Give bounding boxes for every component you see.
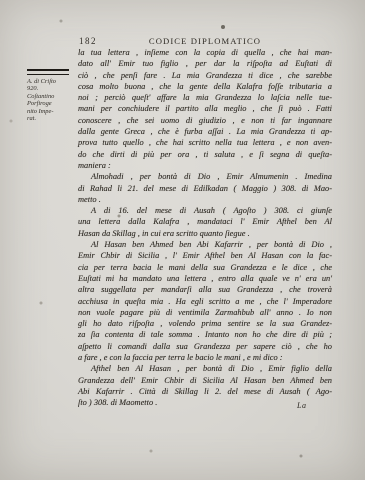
text-line: altra suggellata per mandarſi alla sua G… bbox=[78, 284, 332, 295]
text-line: Emir Chbir di Sicilia , l' Emir Afthel b… bbox=[78, 250, 332, 261]
text-line: di Rahad li 21. del mese di Edilkadan ( … bbox=[78, 183, 332, 194]
margin-note-line: A. di Criſto bbox=[27, 78, 79, 85]
text-line: cosa molto buona , che la gente della Ka… bbox=[78, 81, 332, 92]
text-line: za ſia contenta di tale somma . Intanto … bbox=[78, 329, 332, 340]
text-line: aſpetto li comandi dalla sua Grandezza p… bbox=[78, 341, 332, 352]
text-line: la tua lettera , inſieme con la copia di… bbox=[78, 47, 332, 58]
text-line: maniera : bbox=[78, 160, 332, 171]
margin-note-line: rat. bbox=[27, 115, 79, 122]
margin-note-line: Coſtantino bbox=[27, 93, 79, 100]
margin-rule-divider bbox=[27, 69, 69, 75]
margin-note-line: nito Impe- bbox=[27, 108, 79, 115]
catchword: La bbox=[297, 401, 306, 410]
text-line: Afthel ben Al Hasan , per bontà di Dio ,… bbox=[78, 363, 332, 374]
text-line: prova tutto quello , che hai scritto nel… bbox=[78, 137, 332, 148]
text-line: Hasan da Skillag , in cui era scritto qu… bbox=[78, 228, 332, 239]
text-line: una lettera dalla Kalafra , mandataci l'… bbox=[78, 216, 332, 227]
text-line: non vuole pagare più di ventimila Zarmah… bbox=[78, 307, 332, 318]
text-line: do che dirti di più per ora , ti saluta … bbox=[78, 149, 332, 160]
paper-specks bbox=[0, 0, 2, 2]
text-line: dato all' Emir tuo figlio , per dar la r… bbox=[78, 58, 332, 69]
text-line: ciò , che penſi fare . La mia Grandezza … bbox=[78, 70, 332, 81]
text-line: a fare , e con la faccia per terra le ba… bbox=[78, 352, 332, 363]
text-line: dalla gente Greca , che è furba aſſai . … bbox=[78, 126, 332, 137]
text-line: noi ; perciò queſt' affare la mia Grande… bbox=[78, 92, 332, 103]
text-line: Grandezza dell' Emir Chbir di Sicilia Al… bbox=[78, 375, 332, 386]
scanned-page: 182 CODICE DIPLOMATICO A. di Criſto 920.… bbox=[0, 0, 365, 480]
text-line: metto . bbox=[78, 194, 332, 205]
text-line: cia per terra bacia le mani della sua Gr… bbox=[78, 262, 332, 273]
text-line: Almohadi , per bontà di Dio , Emir Almum… bbox=[78, 171, 332, 182]
text-line: acchiusa in queſta mia . Ha egli scritto… bbox=[78, 296, 332, 307]
running-title: CODICE DIPLOMATICO bbox=[149, 36, 261, 46]
text-line: mani per conchiudere il partito alla meg… bbox=[78, 103, 332, 114]
text-line: gli ho dato riſpoſta , volendo prima sen… bbox=[78, 318, 332, 329]
text-line: ſto ) 308. di Maometto . bbox=[78, 397, 332, 408]
margin-note-line: Porfiroge bbox=[27, 100, 79, 107]
page-number: 182 bbox=[79, 36, 97, 46]
text-line: A di 16. del mese di Ausah ( Agoſto ) 30… bbox=[78, 205, 332, 216]
text-line: Abi Kafarrir . Città di Skillag li 2. de… bbox=[78, 386, 332, 397]
text-line: Al Hasan ben Ahmed ben Abi Kafarrir , pe… bbox=[78, 239, 332, 250]
text-line: Euſtati mi ha mandato una lettera , entr… bbox=[78, 273, 332, 284]
margin-note: A. di Criſto 920. Coſtantino Porfiroge n… bbox=[27, 69, 79, 122]
margin-note-line: 920. bbox=[27, 85, 79, 92]
text-line: conoscere , che sei uomo di giudizio , e… bbox=[78, 115, 332, 126]
body-text: la tua lettera , inſieme con la copia di… bbox=[78, 47, 332, 409]
